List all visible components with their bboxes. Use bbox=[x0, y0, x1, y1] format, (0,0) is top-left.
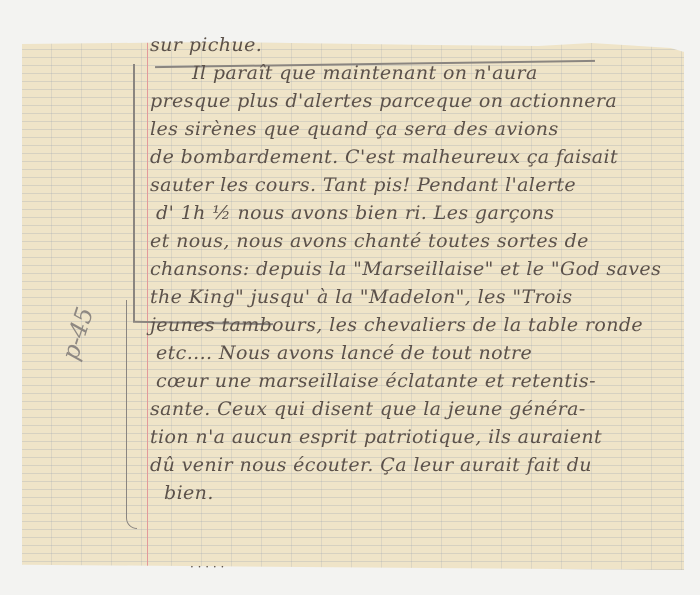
red-margin-line bbox=[147, 42, 148, 570]
pencil-bracket-left bbox=[133, 64, 135, 322]
text-line: les sirènes que quand ça sera des avions bbox=[150, 118, 559, 140]
text-line: sauter les cours. Tant pis! Pendant l'al… bbox=[150, 174, 576, 196]
text-line: bien. bbox=[164, 482, 214, 504]
pencil-bracket-2-left bbox=[126, 300, 137, 529]
text-line: chansons: depuis la "Marseillaise" et le… bbox=[150, 258, 661, 280]
text-line: tion n'a aucun esprit patriotique, ils a… bbox=[150, 426, 602, 448]
text-line: et nous, nous avons chanté toutes sortes… bbox=[150, 230, 589, 252]
text-line: cœur une marseillaise éclatante et reten… bbox=[156, 370, 596, 392]
text-line: dû venir nous écouter. Ça leur aurait fa… bbox=[150, 454, 592, 476]
text-line: d' 1h ½ nous avons bien ri. Les garçons bbox=[156, 202, 554, 224]
text-line: Il paraît que maintenant on n'aura bbox=[192, 62, 538, 84]
text-line: presque plus d'alertes parceque on actio… bbox=[150, 90, 617, 112]
text-line: sur pichue. bbox=[150, 34, 262, 56]
cut-off-text-line: · · · · · bbox=[190, 560, 224, 574]
text-line: sante. Ceux qui disent que la jeune géné… bbox=[150, 398, 586, 420]
text-line: etc.... Nous avons lancé de tout notre bbox=[156, 342, 532, 364]
text-line: jeunes tambours, les chevaliers de la ta… bbox=[150, 314, 643, 336]
text-line: de bombardement. C'est malheureux ça fai… bbox=[150, 146, 618, 168]
text-line: the King" jusqu' à la "Madelon", les "Tr… bbox=[150, 286, 573, 308]
